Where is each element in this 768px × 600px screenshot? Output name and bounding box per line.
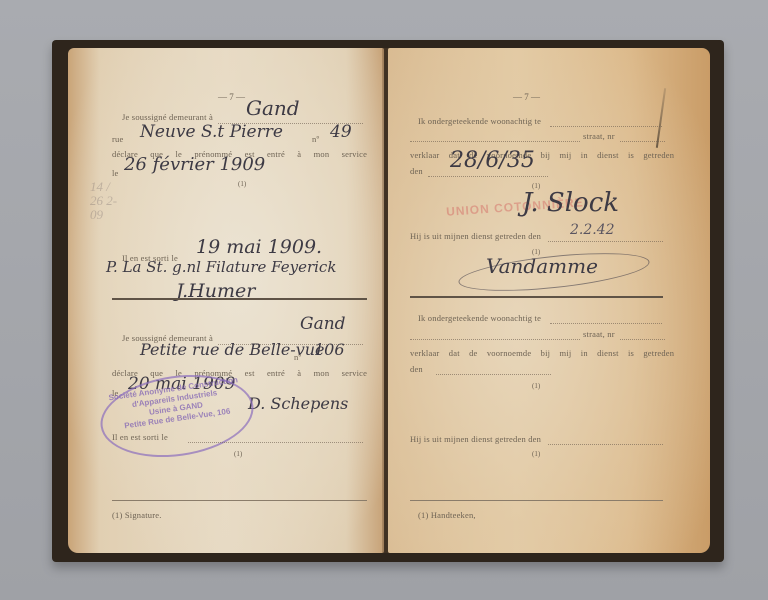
dotted-line <box>188 442 363 443</box>
page-number: — 7 — <box>513 92 540 102</box>
exit-label: Hij is uit mijnen dienst getreden den <box>410 231 541 241</box>
date-label: le <box>112 168 119 178</box>
right-page: — 7 — Ik ondergeteekende woonachtig te s… <box>388 48 710 553</box>
resident-label: Ik ondergeteekende woonachtig te <box>418 116 541 126</box>
exit-label: Il en est sorti le <box>112 432 168 442</box>
entry-date: 26 février 1909 <box>124 154 265 175</box>
footnote-ref: (1) <box>234 450 242 458</box>
street-label: straat, nr <box>583 131 615 141</box>
dotted-line <box>550 126 662 127</box>
resident-label: Ik ondergeteekende woonachtig te <box>418 313 541 323</box>
dotted-line <box>620 339 665 340</box>
street-label: rue <box>112 134 123 144</box>
resident-city: Gand <box>246 96 300 120</box>
dotted-line <box>410 339 580 340</box>
date-label: den <box>410 166 423 176</box>
pencil-margin-note: 14 / 26 2-09 <box>90 180 120 222</box>
exit-label: Hij is uit mijnen dienst getreden den <box>410 434 541 444</box>
resident-city: Gand <box>300 314 346 334</box>
section-divider <box>112 298 367 300</box>
dotted-line <box>410 141 580 142</box>
employer-note: P. La St. g.nl Filature Feyerick <box>106 258 336 276</box>
entry-date: 28/6/35 <box>450 148 535 173</box>
employer-signature: D. Schepens <box>248 394 348 413</box>
street-label: straat, nr <box>583 329 615 339</box>
declaration-text: verklaar dat de voornoemde bij mij in di… <box>410 348 674 358</box>
dotted-line <box>620 141 665 142</box>
dotted-line <box>548 241 663 242</box>
footnote-ref: (1) <box>532 450 540 458</box>
pencil-mark <box>656 88 666 148</box>
street-value: Neuve S.t Pierre <box>140 122 283 142</box>
footnote-ref: (1) <box>532 382 540 390</box>
footnote-ref: (1) <box>238 180 246 188</box>
number-label: nº <box>312 134 319 144</box>
section-divider <box>410 296 663 298</box>
number-value: 106 <box>314 340 345 359</box>
resident-label: Je soussigné demeurant à <box>122 112 213 122</box>
dotted-line <box>436 374 551 375</box>
footnote-divider <box>112 500 367 501</box>
date-label: den <box>410 364 423 374</box>
dotted-line <box>428 176 548 177</box>
page-number: — 7 — <box>218 92 245 102</box>
exit-date: 2.2.42 <box>570 222 615 238</box>
left-page: — 7 — Je soussigné demeurant à Gand rue … <box>68 48 384 553</box>
footnote: (1) Signature. <box>112 510 162 520</box>
footnote-divider <box>410 500 663 501</box>
number-value: 49 <box>330 122 352 142</box>
exit-date: 19 mai 1909. <box>196 236 322 258</box>
dotted-line <box>548 444 663 445</box>
number-label: nº <box>294 352 301 362</box>
dotted-line <box>550 323 662 324</box>
employer-signature: J. Slock <box>522 188 619 218</box>
footnote: (1) Handteeken, <box>418 510 476 520</box>
